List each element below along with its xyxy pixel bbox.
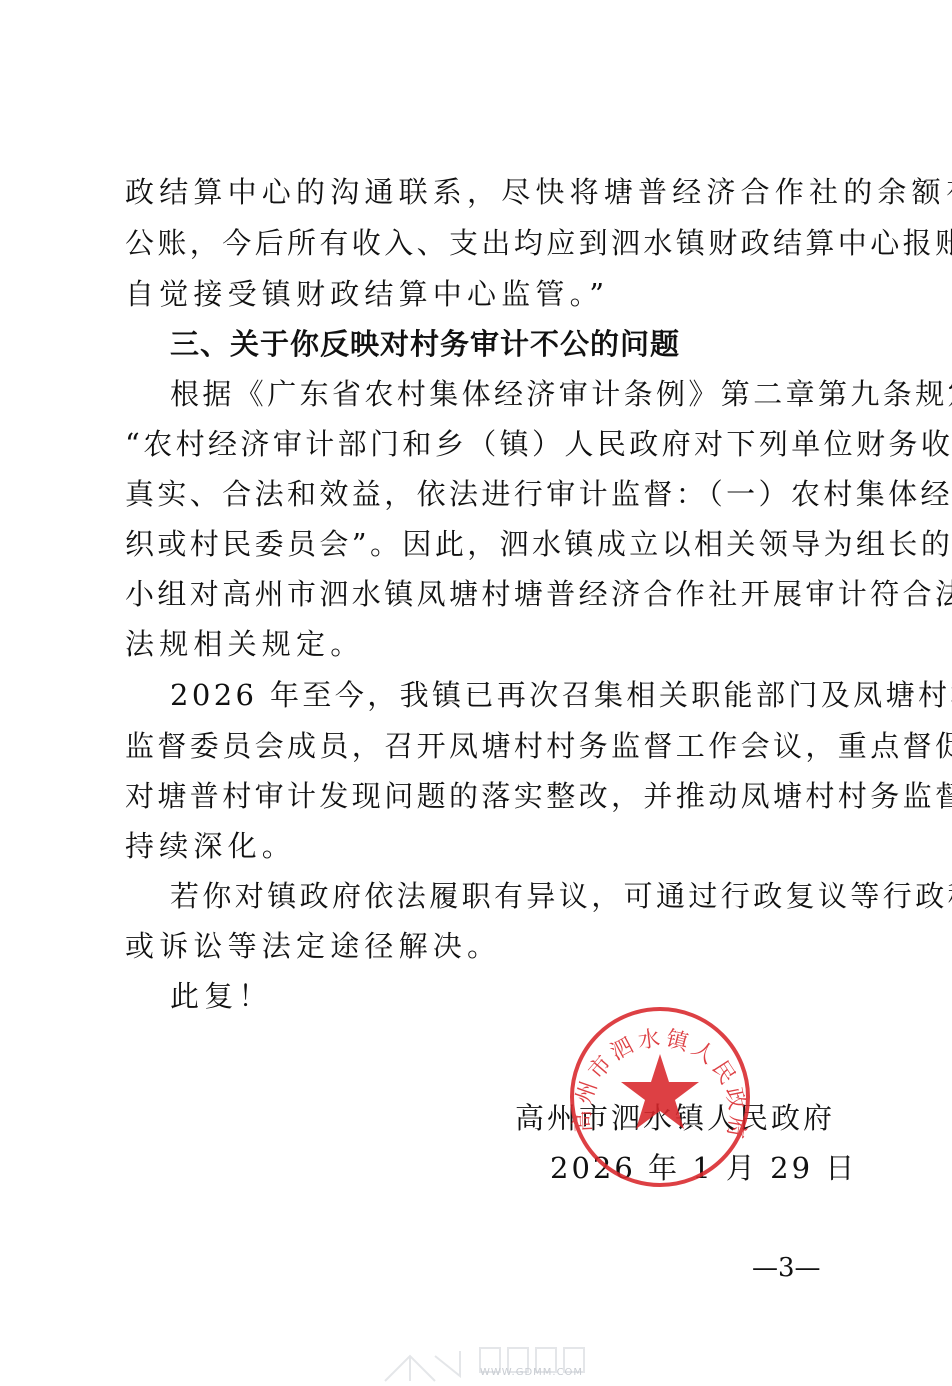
paragraph-line: 织或村民委员会”。因此，泗水镇成立以相关领导为组长的审计 <box>125 524 825 564</box>
paragraph-line: 小组对高州市泗水镇凤塘村塘普经济合作社开展审计符合法律 <box>125 574 825 614</box>
paragraph-line: 对塘普村审计发现问题的落实整改，并推动凤塘村村务监督工作 <box>125 776 825 816</box>
official-seal-icon: 高州市泗水镇人民政府 <box>565 1002 755 1192</box>
paragraph-line: 监督委员会成员，召开凤塘村村务监督工作会议，重点督促加快 <box>125 726 825 766</box>
paragraph-line: 持续深化。 <box>125 826 825 866</box>
section-heading: 三、关于你反映对村务审计不公的问题 <box>170 324 870 364</box>
paragraph-line: 政结算中心的沟通联系，尽快将塘普经济合作社的余额存进 <box>125 172 825 212</box>
paragraph-line: 或诉讼等法定途径解决。 <box>125 926 825 966</box>
closing-remark: 此复！ <box>170 976 870 1016</box>
paragraph-line: 自觉接受镇财政结算中心监管。” <box>125 274 825 314</box>
watermark-logo-icon <box>380 1336 590 1386</box>
paragraph-line: 2026 年至今，我镇已再次召集相关职能部门及凤塘村村务 <box>170 675 870 715</box>
paragraph-line: 若你对镇政府依法履职有异议，可通过行政复议等行政程序 <box>170 876 870 916</box>
document-page: 政结算中心的沟通联系，尽快将塘普经济合作社的余额存进 公账，今后所有收入、支出均… <box>0 0 952 1386</box>
paragraph-line: 根据《广东省农村集体经济审计条例》第二章第九条规定： <box>170 374 870 414</box>
watermark-url: WWW.GDMM.COM <box>480 1367 583 1378</box>
paragraph-line: 法规相关规定。 <box>125 624 825 664</box>
page-number: —3— <box>752 1250 821 1286</box>
paragraph-line: 真实、合法和效益，依法进行审计监督：（一）农村集体经济组 <box>125 474 825 514</box>
paragraph-line: 公账，今后所有收入、支出均应到泗水镇财政结算中心报账， <box>125 223 825 263</box>
paragraph-line: “农村经济审计部门和乡（镇）人民政府对下列单位财务收支的 <box>125 424 825 464</box>
